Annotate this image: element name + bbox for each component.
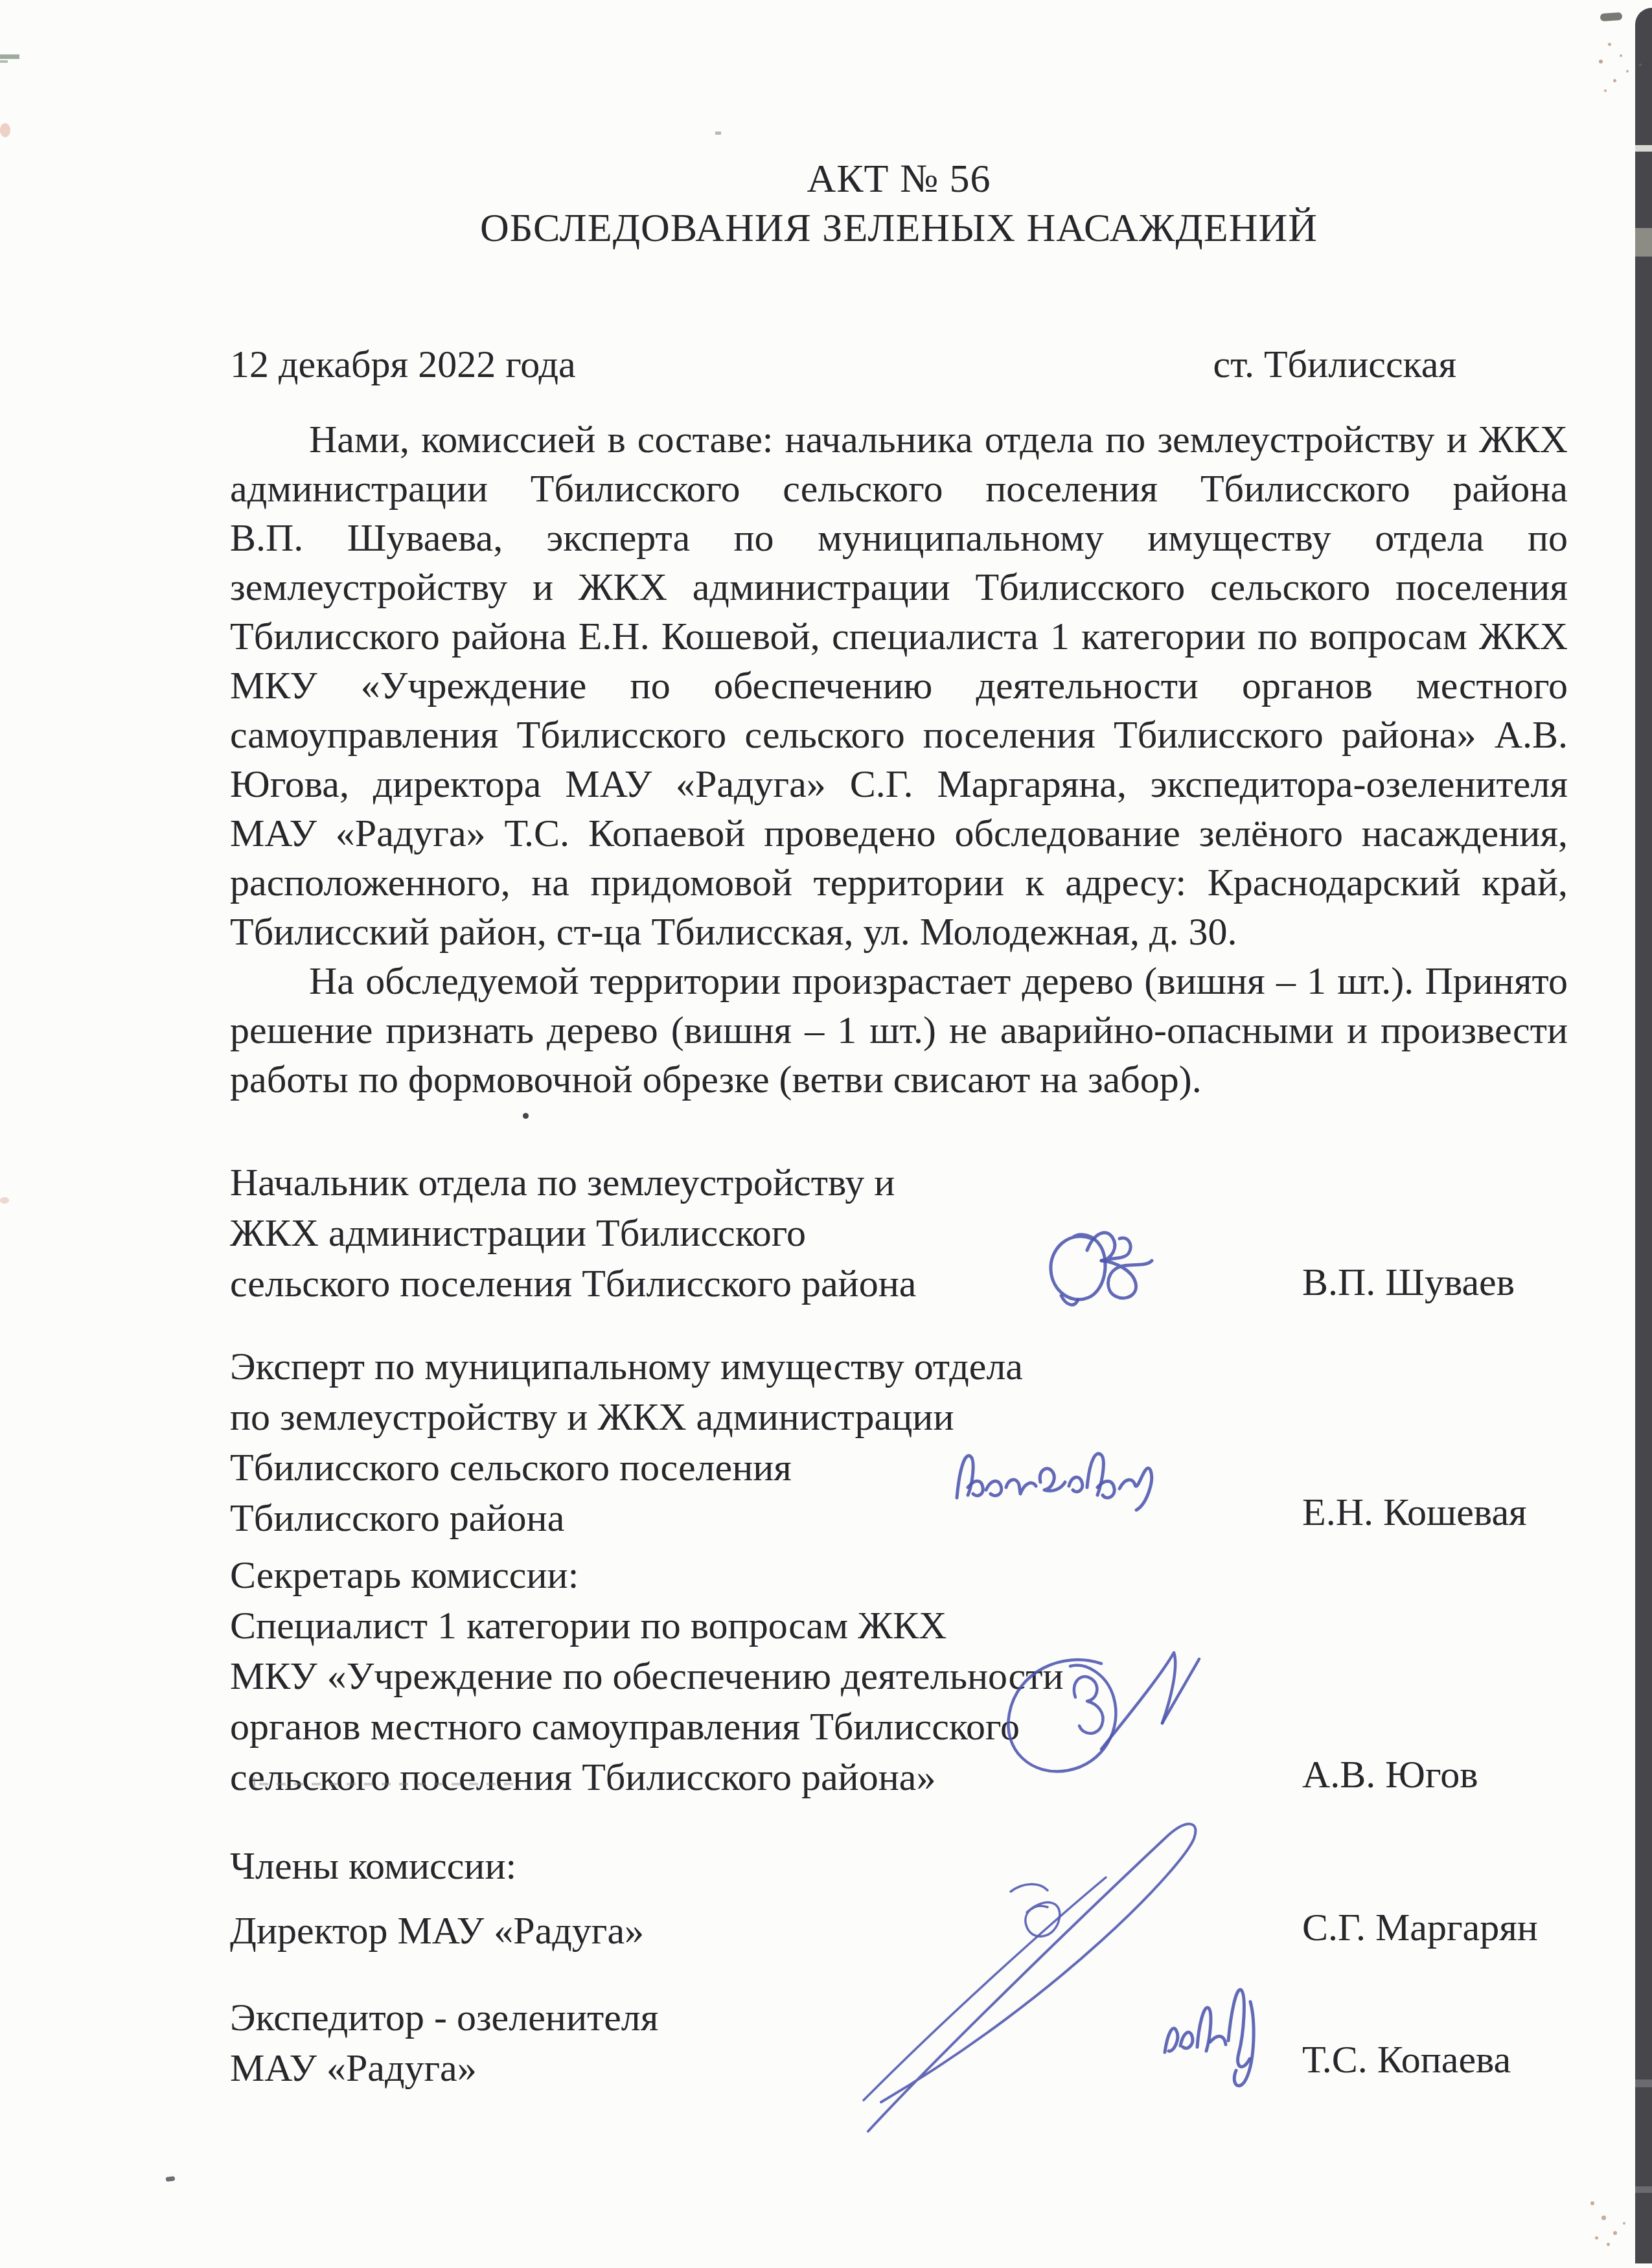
scan-edge-patch xyxy=(1635,2186,1652,2193)
scan-artifact-green-dash xyxy=(0,54,19,59)
body-text: Нами, комиссией в составе: начальника от… xyxy=(230,415,1568,1104)
document-place: ст. Тбилисская xyxy=(1213,339,1456,389)
paragraph1-line: В.П. Шуваева, эксперта по муниципальному… xyxy=(230,513,1568,562)
scan-speckle xyxy=(1607,2243,1610,2246)
scan-artifact-mark xyxy=(166,2176,176,2182)
paragraph1-line: МКУ «Учреждение по обеспечению деятельно… xyxy=(230,661,1568,710)
signer-1-label-line: Начальник отдела по землеустройству и xyxy=(230,1157,916,1208)
signer-3-label-line: МКУ «Учреждение по обеспечению деятельно… xyxy=(230,1651,1064,1701)
document-date: 12 декабря 2022 года xyxy=(230,339,576,389)
paragraph1-line: расположенного, на придомовой территории… xyxy=(230,858,1568,907)
signer-3-label-line: Специалист 1 категории по вопросам ЖКХ xyxy=(230,1600,1064,1651)
scan-speckle xyxy=(1623,2222,1625,2225)
signer-2-label-line: Тбилисского района xyxy=(230,1493,1023,1543)
signer-3-name: А.В. Югов xyxy=(1302,1749,1478,1800)
members-header: Члены комиссии: xyxy=(230,1840,516,1891)
signer-2-label-line: Тбилисского сельского поселения xyxy=(230,1442,1023,1493)
scan-speckle xyxy=(1626,70,1629,73)
scan-artifact-tick xyxy=(253,1778,255,1788)
signer-1-label-line: ЖКХ администрации Тбилисского xyxy=(230,1208,916,1258)
scanned-document-page: АКТ № 56 ОБСЛЕДОВАНИЯ ЗЕЛЕНЫХ НАСАЖДЕНИЙ… xyxy=(0,0,1652,2268)
signer-5-name: Т.С. Копаева xyxy=(1302,2034,1511,2085)
scan-speckle xyxy=(1639,63,1642,66)
signer-5-label-line: МАУ «Радуга» xyxy=(230,2043,658,2093)
scan-edge-patch xyxy=(1635,228,1652,257)
scan-artifact-dotted-line xyxy=(259,1783,518,1785)
scan-speckle xyxy=(1620,54,1622,57)
scan-speckle xyxy=(1613,79,1616,82)
signer-2-label: Эксперт по муниципальному имуществу отде… xyxy=(230,1341,1023,1543)
scan-artifact-dot xyxy=(523,1113,529,1119)
document-title: АКТ № 56 ОБСЛЕДОВАНИЯ ЗЕЛЕНЫХ НАСАЖДЕНИЙ xyxy=(230,154,1568,253)
signer-3-label-line: органов местного самоуправления Тбилисск… xyxy=(230,1701,1064,1752)
signer-2-name: Е.Н. Кошевая xyxy=(1302,1487,1527,1537)
paragraph1-line: администрации Тбилисского сельского посе… xyxy=(230,464,1568,513)
paragraph1-line: землеустройству и ЖКХ администрации Тбил… xyxy=(230,562,1568,612)
signer-4-name: С.Г. Маргарян xyxy=(1302,1902,1538,1953)
title-line-1: АКТ № 56 xyxy=(230,154,1568,203)
signer-4-label: Директор МАУ «Радуга» xyxy=(230,1905,644,1956)
scan-speckle xyxy=(1608,43,1611,46)
paragraph2-line: решение признать дерево (вишня – 1 шт.) … xyxy=(230,1005,1568,1055)
signer-1-label-line: сельского поселения Тбилисского района xyxy=(230,1258,916,1309)
signer-2-label-line: Эксперт по муниципальному имуществу отде… xyxy=(230,1341,1023,1392)
scan-artifact-pink-smudge xyxy=(0,123,10,137)
scan-edge-shadow xyxy=(1635,8,1652,2263)
signer-5-label: Экспедитор - озеленителя МАУ «Радуга» xyxy=(230,1992,658,2093)
scan-speckle xyxy=(1590,2201,1594,2205)
paragraph1-line: МАУ «Радуга» Т.С. Копаевой проведено обс… xyxy=(230,808,1568,858)
scan-speckle xyxy=(1599,60,1603,63)
scan-speckle xyxy=(1601,2216,1606,2220)
scan-artifact-pink-smudge xyxy=(0,1197,9,1204)
paragraph2-line: На обследуемой территории произрастает д… xyxy=(230,956,1568,1005)
paragraph1-line: Югова, директора МАУ «Радуга» С.Г. Марга… xyxy=(230,759,1568,808)
signer-3-label-line: сельского поселения Тбилисского района» xyxy=(230,1752,1064,1802)
scan-speckle xyxy=(1604,89,1607,92)
title-line-2: ОБСЛЕДОВАНИЯ ЗЕЛЕНЫХ НАСАЖДЕНИЙ xyxy=(230,203,1568,253)
scan-edge-patch xyxy=(1635,145,1652,152)
scan-edge-patch xyxy=(1635,2079,1652,2087)
paragraph1-line: самоуправления Тбилисского сельского пос… xyxy=(230,710,1568,759)
signer-1-label: Начальник отдела по землеустройству и ЖК… xyxy=(230,1157,916,1309)
signer-2-label-line: по землеустройству и ЖКХ администрации xyxy=(230,1392,1023,1442)
signature-shuvaev xyxy=(1051,1233,1152,1305)
paragraph1-line: Тбилисский район, ст-ца Тбилисская, ул. … xyxy=(230,907,1568,956)
paragraph1-line: Тбилисского района Е.Н. Кошевой, специал… xyxy=(230,612,1568,661)
scan-artifact-mark xyxy=(715,132,721,135)
signer-1-name: В.П. Шуваев xyxy=(1302,1257,1515,1307)
scan-speckle xyxy=(1613,2231,1617,2235)
scan-artifact-smudge xyxy=(1600,12,1623,21)
signature-kopaeva xyxy=(1165,1989,1254,2085)
scan-speckle xyxy=(1595,2236,1598,2239)
paragraph2-line: работы по формовочной обрезке (ветви сви… xyxy=(230,1055,1568,1104)
signer-3-label: Секретарь комиссии: Специалист 1 категор… xyxy=(230,1550,1064,1802)
date-place-row: 12 декабря 2022 года ст. Тбилисская xyxy=(230,339,1568,389)
scan-artifact-green-dash xyxy=(0,60,8,63)
signer-5-label-line: Экспедитор - озеленителя xyxy=(230,1992,658,2043)
signature-margaryan xyxy=(864,1824,1195,2131)
paragraph1-line: Нами, комиссией в составе: начальника от… xyxy=(230,415,1568,464)
signer-3-label-line: Секретарь комиссии: xyxy=(230,1550,1064,1600)
